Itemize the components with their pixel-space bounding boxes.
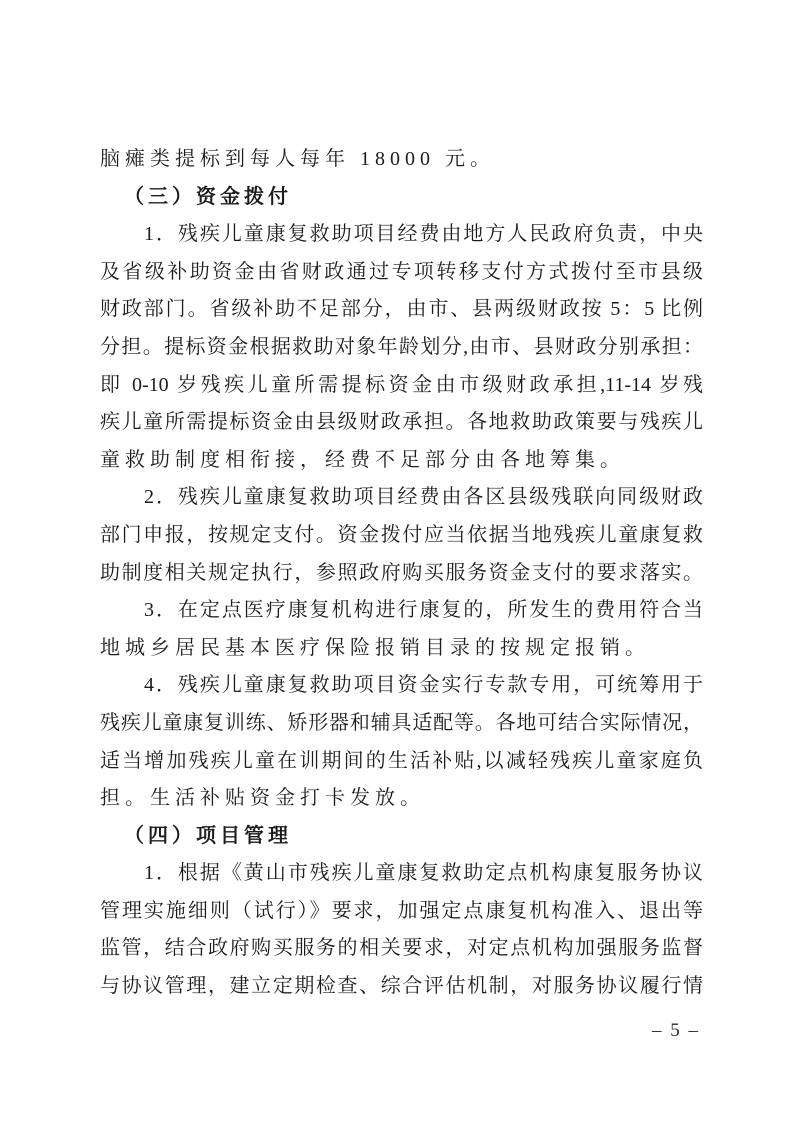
section-heading: （三）资金拨付 (100, 179, 703, 217)
text-line: 适当增加残疾儿童在训期间的生活补贴,以减轻残疾儿童家庭负 (100, 743, 703, 781)
text-line: 1．残疾儿童康复救助项目经费由地方人民政府负责，中央 (100, 216, 703, 254)
text-line: 即 0-10 岁残疾儿童所需提标资金由市级财政承担,11-14 岁残 (100, 367, 703, 405)
text-line: 助制度相关规定执行，参照政府购买服务资金支付的要求落实。 (100, 555, 703, 593)
text-line: 担。生活补贴资金打卡发放。 (100, 780, 703, 818)
text-line: 部门申报，按规定支付。资金拨付应当依据当地残疾儿童康复救 (100, 517, 703, 555)
page-number: – 5 – (652, 1020, 700, 1042)
text-line: 4．残疾儿童康复救助项目资金实行专款专用，可统筹用于 (100, 667, 703, 705)
text-line: 管理实施细则（试行）》要求，加强定点康复机构准入、退出等 (100, 893, 703, 931)
text-line: 财政部门。省级补助不足部分，由市、县两级财政按 5：5 比例 (100, 291, 703, 329)
text-line: 童救助制度相衔接，经费不足部分由各地筹集。 (100, 442, 703, 480)
scanned-document-page: { "page": { "background": "#ffffff", "te… (0, 0, 794, 1123)
text-line: 分担。提标资金根据救助对象年龄划分,由市、县财政分别承担： (100, 329, 703, 367)
text-line: 脑瘫类提标到每人每年 18000 元。 (100, 141, 703, 179)
text-line: 1．根据《黄山市残疾儿童康复救助定点机构康复服务协议 (100, 855, 703, 893)
text-line: 及省级补助资金由省财政通过专项转移支付方式拨付至市县级 (100, 254, 703, 292)
text-line: 3．在定点医疗康复机构进行康复的，所发生的费用符合当 (100, 592, 703, 630)
text-line: 与协议管理，建立定期检查、综合评估机制，对服务协议履行情 (100, 968, 703, 1006)
text-line: 监管，结合政府购买服务的相关要求，对定点机构加强服务监督 (100, 930, 703, 968)
text-line: 地城乡居民基本医疗保险报销目录的按规定报销。 (100, 630, 703, 668)
document-body: 脑瘫类提标到每人每年 18000 元。（三）资金拨付1．残疾儿童康复救助项目经费… (100, 141, 703, 1006)
text-line: 2．残疾儿童康复救助项目经费由各区县级残联向同级财政 (100, 479, 703, 517)
section-heading: （四）项目管理 (100, 818, 703, 856)
text-line: 疾儿童所需提标资金由县级财政承担。各地救助政策要与残疾儿 (100, 404, 703, 442)
page-sheet: 脑瘫类提标到每人每年 18000 元。（三）资金拨付1．残疾儿童康复救助项目经费… (0, 0, 794, 1123)
text-line: 残疾儿童康复训练、矫形器和辅具适配等。各地可结合实际情况， (100, 705, 703, 743)
